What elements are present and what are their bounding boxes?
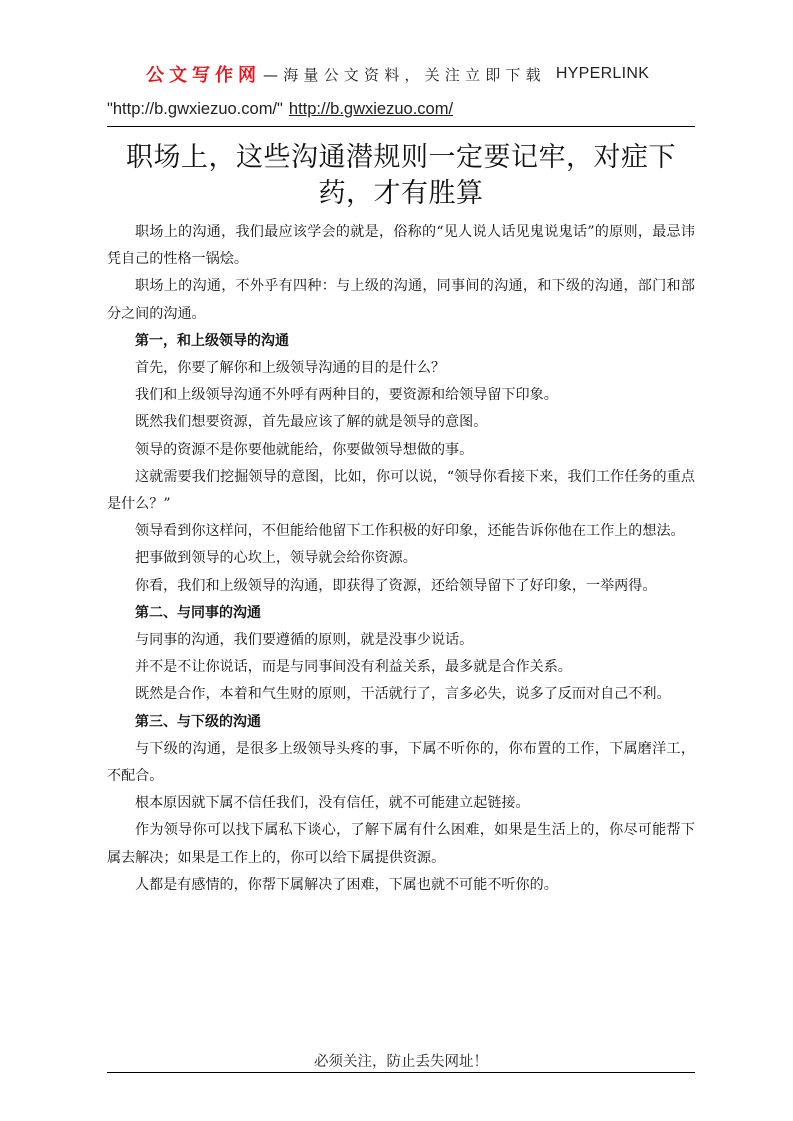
paragraph: 与下级的沟通，是很多上级领导头疼的事，下属不听你的，你布置的工作，下属磨洋工，不… — [107, 736, 695, 790]
site-header: 公文写作网 —海量公文资料，关注立即下载 HYPERLINK — [146, 60, 696, 88]
document-body: 职场上的沟通，我们最应该学会的就是，俗称的“见人说人话见鬼说鬼话”的原则，最忌讳… — [107, 219, 695, 899]
paragraph: 首先，你要了解你和上级领导沟通的目的是什么？ — [107, 355, 695, 382]
quoted-url-text: "http://b.gwxiezuo.com/" — [107, 100, 283, 119]
paragraph: 职场上的沟通，我们最应该学会的就是，俗称的“见人说人话见鬼说鬼话”的原则，最忌讳… — [107, 219, 695, 273]
paragraph: 作为领导你可以找下属私下谈心，了解下属有什么困难，如果是生活上的，你尽可能帮下属… — [107, 817, 695, 871]
section-heading: 第二、与同事的沟通 — [107, 600, 695, 627]
brand-name: 公文写作网 — [146, 61, 261, 87]
header-divider — [107, 126, 695, 127]
paragraph: 既然我们想要资源，首先最应该了解的就是领导的意图。 — [107, 409, 695, 436]
paragraph: 把事做到领导的心坎上，领导就会给你资源。 — [107, 545, 695, 572]
hyperlink-field-code: HYPERLINK — [556, 65, 649, 83]
footer-divider — [107, 1072, 695, 1073]
document-page: 公文写作网 —海量公文资料，关注立即下载 HYPERLINK "http://b… — [0, 0, 793, 1121]
paragraph: 根本原因就下属不信任我们，没有信任，就不可能建立起链接。 — [107, 790, 695, 817]
section-heading: 第三、与下级的沟通 — [107, 709, 695, 736]
site-url-link[interactable]: http://b.gwxiezuo.com/ — [289, 100, 453, 119]
paragraph: 你看，我们和上级领导的沟通，即获得了资源，还给领导留下了好印象，一举两得。 — [107, 573, 695, 600]
paragraph: 职场上的沟通，不外乎有四种：与上级的沟通，同事间的沟通，和下级的沟通，部门和部分… — [107, 273, 695, 327]
paragraph: 领导看到你这样问，不但能给他留下工作积极的好印象，还能告诉你他在工作上的想法。 — [107, 518, 695, 545]
paragraph: 人都是有感情的，你帮下属解决了困难，下属也就不可能不听你的。 — [107, 872, 695, 899]
section-heading: 第一，和上级领导的沟通 — [107, 328, 695, 355]
paragraph: 并不是不让你说话，而是与同事间没有利益关系，最多就是合作关系。 — [107, 654, 695, 681]
paragraph: 我们和上级领导沟通不外呼有两种目的，要资源和给领导留下印象。 — [107, 382, 695, 409]
paragraph: 领导的资源不是你要他就能给，你要做领导想做的事。 — [107, 437, 695, 464]
paragraph: 与同事的沟通，我们要遵循的原则，就是没事少说话。 — [107, 627, 695, 654]
document-title: 职场上，这些沟通潜规则一定要记牢，对症下药，才有胜算 — [107, 140, 695, 212]
footer-notice: 必须关注，防止丢失网址！ — [107, 1050, 695, 1071]
site-slogan: —海量公文资料，关注立即下载 — [263, 64, 546, 85]
paragraph: 这就需要我们挖掘领导的意图，比如，你可以说，“领导你看接下来，我们工作任务的重点… — [107, 464, 695, 518]
paragraph: 既然是合作，本着和气生财的原则，干活就行了，言多必失，说多了反而对自己不利。 — [107, 681, 695, 708]
site-url-line: "http://b.gwxiezuo.com/" http://b.gwxiez… — [107, 95, 453, 123]
